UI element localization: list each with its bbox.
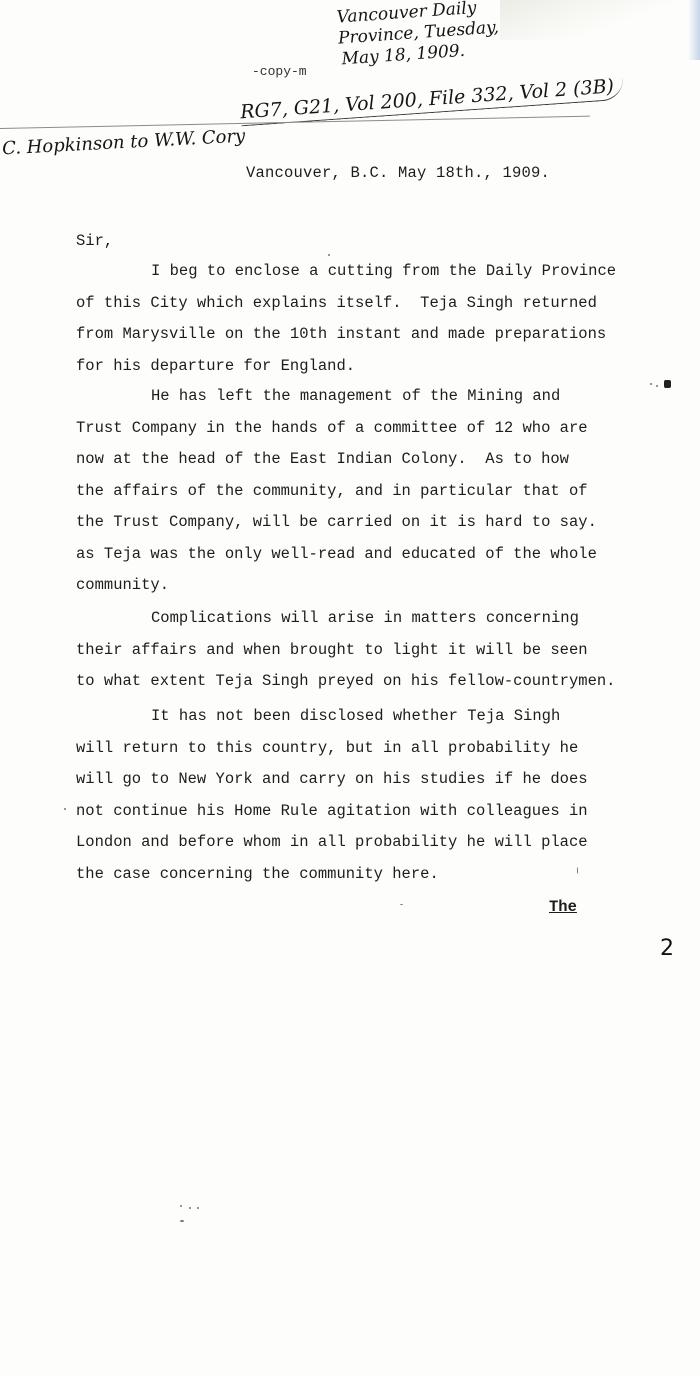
ink-speck: [189, 1207, 191, 1209]
text-line: of this City which explains itself. Teja…: [76, 288, 676, 320]
text-line: It has not been disclosed whether Teja S…: [76, 701, 676, 733]
page-number: 2: [660, 936, 674, 961]
text-line: now at the head of the East Indian Colon…: [76, 444, 676, 476]
text-line: He has left the management of the Mining…: [76, 381, 676, 413]
salutation: Sir,: [76, 232, 113, 250]
paragraph-4: It has not been disclosed whether Teja S…: [76, 701, 676, 890]
text-line: will return to this country, but in all …: [76, 733, 676, 765]
ink-speck: [64, 808, 66, 810]
text-line: Complications will arise in matters conc…: [76, 603, 676, 635]
text-line: I beg to enclose a cutting from the Dail…: [76, 256, 676, 288]
text-line: their affairs and when brought to light …: [76, 635, 676, 667]
text-line: as Teja was the only well-read and educa…: [76, 539, 676, 571]
ink-speck: [180, 1205, 182, 1207]
paper-fold-shadow: [500, 0, 700, 40]
text-line: the case concerning the community here.: [76, 859, 676, 891]
text-line: from Marysville on the 10th instant and …: [76, 319, 676, 351]
correspondents-note: C. Hopkinson to W.W. Cory: [2, 126, 246, 160]
copy-mark: -copy-m: [252, 64, 307, 79]
ink-speck: [328, 254, 330, 256]
text-line: for his departure for England.: [76, 351, 676, 383]
ink-speck: [180, 1220, 184, 1222]
ink-speck: [650, 383, 652, 385]
text-line: Trust Company in the hands of a committe…: [76, 413, 676, 445]
text-line: to what extent Teja Singh preyed on his …: [76, 666, 676, 698]
paragraph-3: Complications will arise in matters conc…: [76, 603, 676, 698]
ink-speck: [400, 904, 403, 905]
paragraph-2: He has left the management of the Mining…: [76, 381, 676, 602]
ink-speck: [656, 385, 658, 387]
paragraph-1: I beg to enclose a cutting from the Dail…: [76, 256, 676, 382]
ink-blot: [664, 380, 671, 388]
text-line: will go to New York and carry on his stu…: [76, 764, 676, 796]
handwritten-newspaper-note: Vancouver Daily Province, Tuesday, May 1…: [336, 0, 501, 71]
dateline: Vancouver, B.C. May 18th., 1909.: [246, 164, 550, 182]
ink-speck: [577, 867, 578, 874]
text-line: community.: [76, 570, 676, 602]
text-line: the Trust Company, will be carried on it…: [76, 507, 676, 539]
catchword: The: [549, 898, 577, 916]
text-line: London and before whom in all probabilit…: [76, 827, 676, 859]
text-line: not continue his Home Rule agitation wit…: [76, 796, 676, 828]
ink-speck: [197, 1207, 199, 1209]
text-line: the affairs of the community, and in par…: [76, 476, 676, 508]
page-edge-shadow: [688, 0, 700, 60]
